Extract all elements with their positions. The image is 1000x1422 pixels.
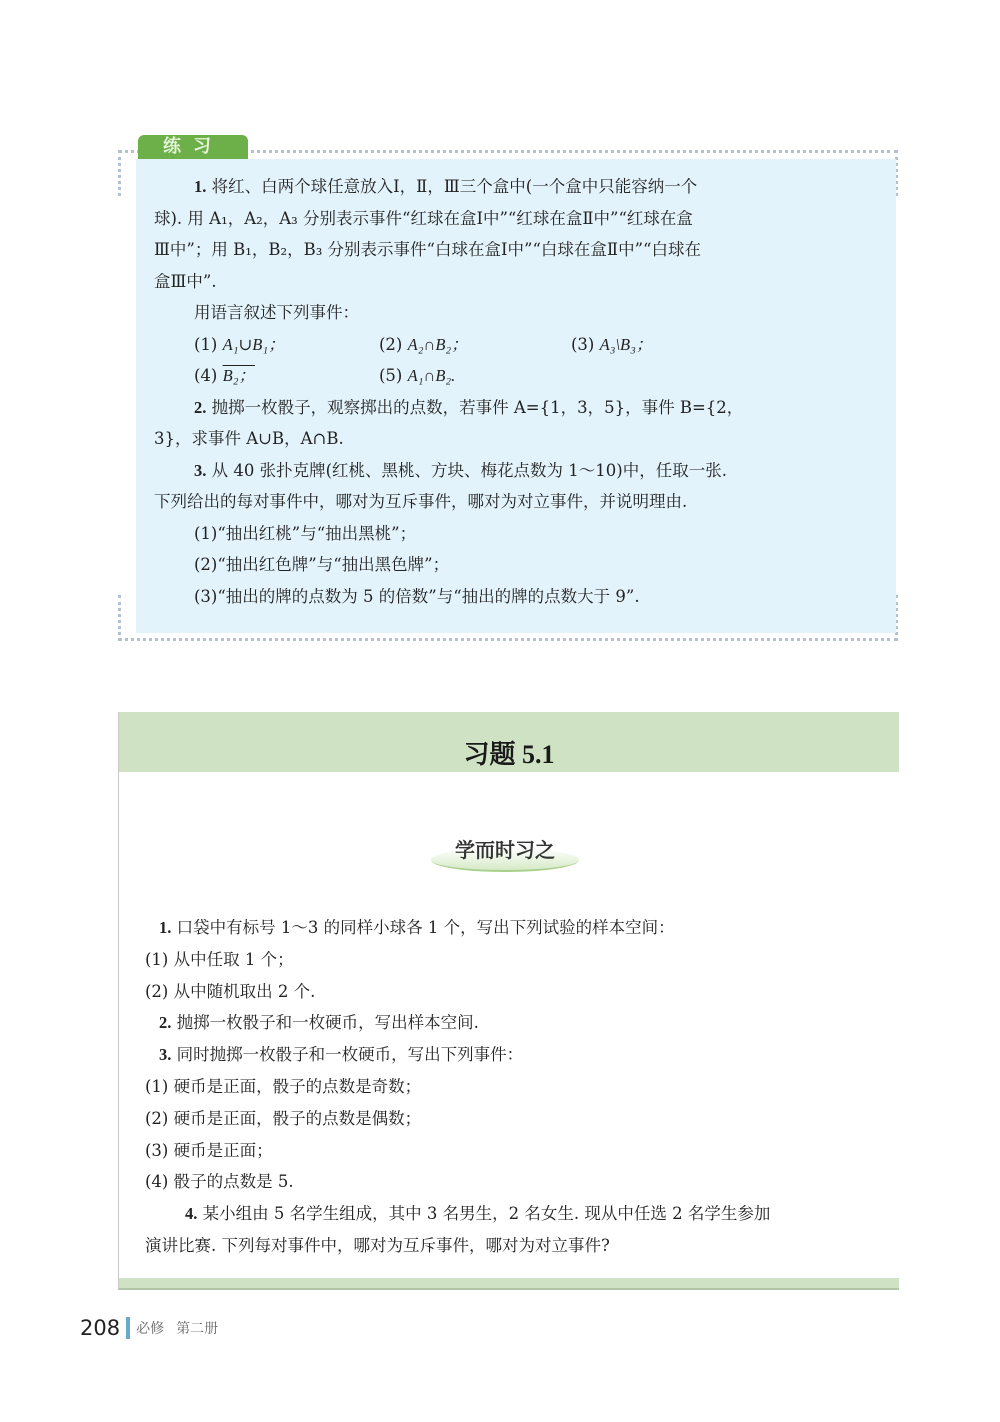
volume-name: 第二册 bbox=[176, 1318, 218, 1338]
practice-tab: 练习 bbox=[138, 135, 248, 159]
exercise-section: 习题 5.1 学而时习之 1. 口袋中有标号 1～3 的同样小球各 1 个，写出… bbox=[118, 712, 899, 1290]
exercise-q4-line1: 4. 某小组由 5 名学生组成，其中 3 名男生，2 名女生. 现从中任选 2 … bbox=[145, 1198, 885, 1230]
exercise-q3-item-4: (4) 骰子的点数是 5. bbox=[145, 1166, 885, 1198]
dotted-border-bottom bbox=[118, 638, 898, 641]
practice-q2-line1: 2. 抛掷一枚骰子，观察掷出的点数，若事件 A={1，3，5}，事件 B={2， bbox=[154, 392, 874, 424]
practice-q1-item-5: (5) A₁∩B₂. bbox=[379, 360, 571, 392]
practice-q1-line1: 1. 将红、白两个球任意放入Ⅰ，Ⅱ，Ⅲ三个盒中(一个盒中只能容纳一个 bbox=[154, 171, 874, 203]
dotted-border-stub bbox=[118, 595, 121, 641]
exercise-header: 习题 5.1 bbox=[119, 712, 899, 772]
book-name: 必修 bbox=[136, 1318, 164, 1338]
exercise-q3-item-1: (1) 硬币是正面，骰子的点数是奇数； bbox=[145, 1071, 885, 1103]
practice-q3-item-2: (2)“抽出红色牌”与“抽出黑色牌”； bbox=[154, 549, 874, 581]
exercise-q4-line2: 演讲比赛. 下列每对事件中，哪对为互斥事件，哪对为对立事件? bbox=[145, 1230, 885, 1262]
practice-q1-item-4: (4) B₂； bbox=[194, 360, 379, 392]
footer-divider bbox=[126, 1317, 130, 1339]
badge-label: 学而时习之 bbox=[431, 834, 579, 863]
exercise-q3-item-3: (3) 硬币是正面； bbox=[145, 1135, 885, 1167]
exercise-q3-item-2: (2) 硬币是正面，骰子的点数是偶数； bbox=[145, 1103, 885, 1135]
practice-q1-prompt: 用语言叙述下列事件： bbox=[154, 297, 874, 329]
exercise-q1-item-1: (1) 从中任取 1 个； bbox=[145, 944, 885, 976]
practice-q3-item-1: (1)“抽出红桃”与“抽出黑桃”； bbox=[154, 518, 874, 550]
dotted-border-stub bbox=[118, 150, 121, 196]
practice-q1-item-3: (3) A₃\B₃； bbox=[571, 329, 652, 361]
exercise-content: 1. 口袋中有标号 1～3 的同样小球各 1 个，写出下列试验的样本空间： (1… bbox=[145, 912, 885, 1262]
exercise-bottom-bar bbox=[119, 1278, 899, 1290]
practice-q3-item-3: (3)“抽出的牌的点数为 5 的倍数”与“抽出的牌的点数大于 9”. bbox=[154, 581, 874, 613]
page-number: 208 bbox=[80, 1316, 120, 1340]
practice-q1-item-2: (2) A₂∩B₂； bbox=[379, 329, 571, 361]
practice-q3-line1: 3. 从 40 张扑克牌(红桃、黑桃、方块、梅花点数为 1～10)中，任取一张. bbox=[154, 455, 874, 487]
practice-box: 练习 1. 将红、白两个球任意放入Ⅰ，Ⅱ，Ⅲ三个盒中(一个盒中只能容纳一个 球)… bbox=[118, 133, 898, 641]
exercise-q2: 2. 抛掷一枚骰子和一枚硬币，写出样本空间. bbox=[145, 1007, 885, 1039]
practice-q1-line2: 球). 用 A₁，A₂，A₃ 分别表示事件“红球在盒Ⅰ中”“红球在盒Ⅱ中”“红球… bbox=[154, 203, 874, 235]
practice-q3-line2: 下列给出的每对事件中，哪对为互斥事件，哪对为对立事件，并说明理由. bbox=[154, 486, 874, 518]
practice-q1-line3: Ⅲ中”；用 B₁，B₂，B₃ 分别表示事件“白球在盒Ⅰ中”“白球在盒Ⅱ中”“白球… bbox=[154, 234, 874, 266]
practice-q1-line4: 盒Ⅲ中”. bbox=[154, 266, 874, 298]
exercise-q1-item-2: (2) 从中随机取出 2 个. bbox=[145, 976, 885, 1008]
practice-content: 1. 将红、白两个球任意放入Ⅰ，Ⅱ，Ⅲ三个盒中(一个盒中只能容纳一个 球). 用… bbox=[154, 171, 874, 612]
practice-q1-item-1: (1) A₁∪B₁； bbox=[194, 329, 379, 361]
exercise-q1: 1. 口袋中有标号 1～3 的同样小球各 1 个，写出下列试验的样本空间： bbox=[145, 912, 885, 944]
page-footer: 208 必修 第二册 bbox=[80, 1316, 218, 1340]
practice-q1-items-row1: (1) A₁∪B₁； (2) A₂∩B₂； (3) A₃\B₃； bbox=[154, 329, 874, 361]
practice-q1-items-row2: (4) B₂； (5) A₁∩B₂. bbox=[154, 360, 874, 392]
practice-q2-line2: 3}，求事件 A∪B，A∩B. bbox=[154, 423, 874, 455]
exercise-badge: 学而时习之 bbox=[431, 832, 579, 872]
exercise-title: 习题 5.1 bbox=[119, 734, 899, 771]
exercise-q3: 3. 同时抛掷一枚骰子和一枚硬币，写出下列事件： bbox=[145, 1039, 885, 1071]
